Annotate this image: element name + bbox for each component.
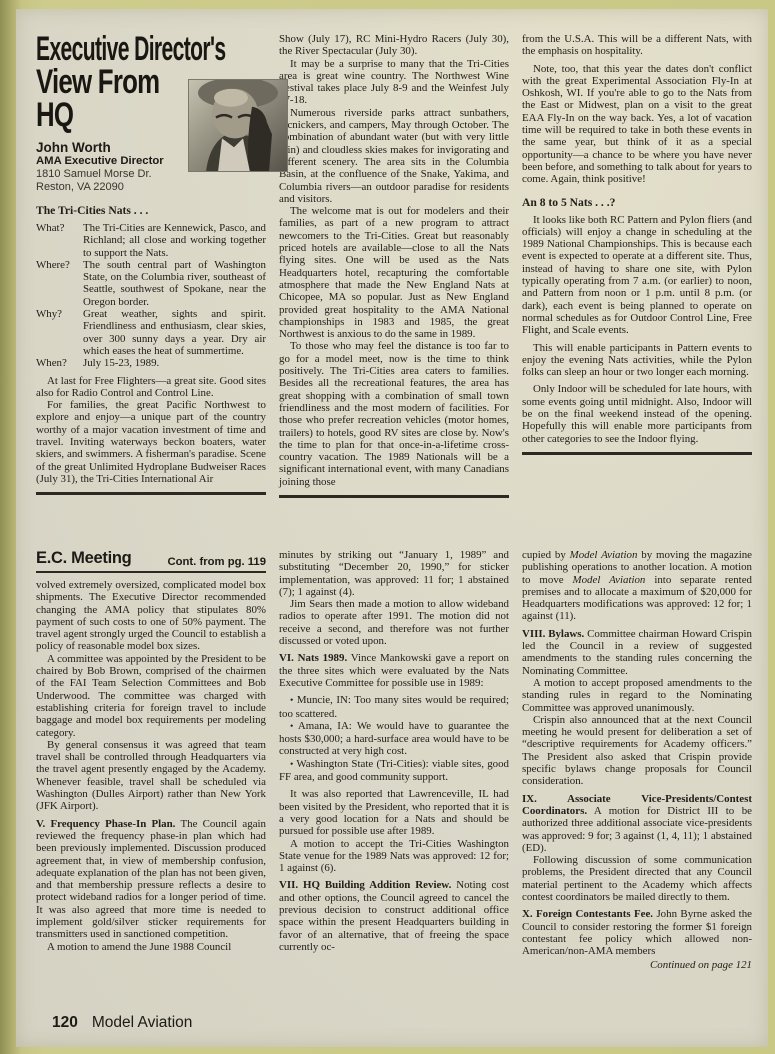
- qa-text: Great weather, sights and spirit. Friend…: [83, 308, 266, 357]
- ec-column-1: E.C. Meeting Cont. from pg. 119 volved e…: [36, 549, 266, 953]
- article-title-line3: HQ: [36, 99, 150, 132]
- paragraph: VI. Nats 1989. Vince Mankowski gave a re…: [279, 652, 509, 689]
- paragraph-lead: X. Foreign Contestants Fee.: [522, 908, 653, 920]
- paragraph-lead: VII. HQ Building Addition Review.: [279, 879, 451, 891]
- masthead-left: View From HQ John Worth AMA Executive Di…: [36, 66, 186, 194]
- paragraph: VII. HQ Building Addition Review. Noting…: [279, 879, 509, 953]
- paragraph: The welcome mat is out for modelers and …: [279, 205, 509, 340]
- page-footer: 120 Model Aviation: [52, 1014, 192, 1032]
- qa-row: When?July 15-23, 1989.: [36, 357, 266, 369]
- author-name: John Worth: [36, 140, 186, 155]
- paragraph: A motion to accept proposed amendments t…: [522, 677, 752, 714]
- page-number: 120: [52, 1014, 78, 1032]
- article-column-1: Executive Director's View From HQ John W…: [36, 33, 266, 495]
- bullet-item: • Muncie, IN: Too many sites would be re…: [279, 694, 509, 720]
- qa-row: Where?The south central part of Washingt…: [36, 259, 266, 308]
- qa-row: What?The Tri-Cities are Kennewick, Pasco…: [36, 222, 266, 259]
- paragraph: Numerous riverside parks attract sunbath…: [279, 107, 509, 205]
- qa-label: What?: [36, 222, 83, 259]
- executive-director-article: Executive Director's View From HQ John W…: [36, 33, 752, 535]
- bullet-item: • Washington State (Tri-Cities): viable …: [279, 758, 509, 784]
- paragraph-lead: V. Frequency Phase-In Plan.: [36, 818, 175, 830]
- section-end-rule: [36, 492, 266, 495]
- masthead-row: View From HQ John Worth AMA Executive Di…: [36, 66, 288, 194]
- masthead: Executive Director's View From HQ John W…: [36, 33, 288, 194]
- section-end-rule: [522, 452, 752, 455]
- magazine-page: Executive Director's View From HQ John W…: [16, 9, 768, 1047]
- ec-column-3: cupied by Model Aviation by moving the m…: [522, 549, 752, 971]
- qa-label: Why?: [36, 308, 83, 357]
- section-heading: An 8 to 5 Nats . . .?: [522, 196, 752, 209]
- paragraph: It looks like both RC Pattern and Pylon …: [522, 214, 752, 337]
- paragraph: Only Indoor will be scheduled for late h…: [522, 383, 752, 444]
- bullet-icon: •: [290, 760, 293, 770]
- qa-label: When?: [36, 357, 83, 369]
- paragraph: Crispin also announced that at the next …: [522, 714, 752, 788]
- article-column-1-text: The Tri-Cities Nats . . .What?The Tri-Ci…: [36, 204, 266, 495]
- ec-meeting-title: E.C. Meeting: [36, 549, 131, 568]
- paragraph: Show (July 17), RC Mini-Hydro Racers (Ju…: [279, 33, 509, 58]
- paragraph: A committee was appointed by the Preside…: [36, 653, 266, 739]
- paragraph: cupied by Model Aviation by moving the m…: [522, 549, 752, 623]
- paragraph: IX. Associate Vice-Presidents/Contest Co…: [522, 793, 752, 854]
- bullet-icon: •: [290, 722, 293, 732]
- article-column-2: Show (July 17), RC Mini-Hydro Racers (Ju…: [279, 33, 509, 498]
- magazine-name: Model Aviation: [92, 1014, 193, 1032]
- bullet-item: • Amana, IA: We would have to guarantee …: [279, 720, 509, 758]
- article-title-line1: Executive Director's: [36, 33, 192, 66]
- author-title: AMA Executive Director: [36, 155, 186, 168]
- scanned-magazine-page: { "page": { "background_color": "#c9c885…: [0, 0, 775, 1054]
- article-title-line2: View From: [36, 66, 150, 99]
- article-column-3: from the U.S.A. This will be a different…: [522, 33, 752, 455]
- qa-row: Why?Great weather, sights and spirit. Fr…: [36, 308, 266, 357]
- qa-text: The Tri-Cities are Kennewick, Pasco, and…: [83, 222, 266, 259]
- ec-column-2: minutes by striking out “January 1, 1989…: [279, 549, 509, 953]
- paragraph: A motion to amend the June 1988 Council: [36, 941, 266, 953]
- paragraph: A motion to accept the Tri-Cities Washin…: [279, 838, 509, 875]
- section-heading: The Tri-Cities Nats . . .: [36, 204, 266, 217]
- paragraph-lead: VIII. Bylaws.: [522, 628, 584, 640]
- paragraph: Following discussion of some communicati…: [522, 854, 752, 903]
- ec-meeting-header: E.C. Meeting Cont. from pg. 119: [36, 549, 266, 573]
- paragraph: volved extremely oversized, complicated …: [36, 579, 266, 653]
- paragraph: Note, too, that this year the dates don'…: [522, 63, 752, 186]
- paragraph: V. Frequency Phase-In Plan. The Council …: [36, 818, 266, 941]
- author-address-line2: Reston, VA 22090: [36, 181, 186, 194]
- paragraph: It was also reported that Lawrenceville,…: [279, 788, 509, 837]
- paragraph-lead: VI. Nats 1989.: [279, 652, 347, 664]
- paragraph: VIII. Bylaws. Committee chairman Howard …: [522, 628, 752, 677]
- ec-column-1-text: volved extremely oversized, complicated …: [36, 579, 266, 953]
- paragraph: To those who may feel the distance is to…: [279, 340, 509, 488]
- bullet-icon: •: [290, 696, 293, 706]
- qa-text: The south central part of Washington Sta…: [83, 259, 266, 308]
- author-address-line1: 1810 Samuel Morse Dr.: [36, 168, 186, 181]
- paragraph: At last for Free Flighters—a great site.…: [36, 375, 266, 400]
- paragraph: X. Foreign Contestants Fee. John Byrne a…: [522, 908, 752, 957]
- paragraph: By general consensus it was agreed that …: [36, 739, 266, 813]
- qa-label: Where?: [36, 259, 83, 308]
- paragraph: It may be a surprise to many that the Tr…: [279, 58, 509, 107]
- paragraph: This will enable participants in Pattern…: [522, 342, 752, 379]
- paragraph: from the U.S.A. This will be a different…: [522, 33, 752, 58]
- portrait-illustration: [188, 79, 288, 172]
- paragraph: minutes by striking out “January 1, 1989…: [279, 549, 509, 598]
- john-worth-photo: [188, 79, 288, 172]
- continued-notice: Continued on page 121: [522, 959, 752, 971]
- qa-text: July 15-23, 1989.: [83, 357, 266, 369]
- ec-meeting-continuation-ref: Cont. from pg. 119: [167, 556, 266, 568]
- section-end-rule: [279, 495, 509, 498]
- paragraph: For families, the great Pacific Northwes…: [36, 399, 266, 485]
- paragraph-lead: IX. Associate Vice-Presidents/Contest Co…: [522, 793, 752, 817]
- ec-meeting-section: E.C. Meeting Cont. from pg. 119 volved e…: [36, 549, 752, 971]
- paragraph: Jim Sears then made a motion to allow wi…: [279, 598, 509, 647]
